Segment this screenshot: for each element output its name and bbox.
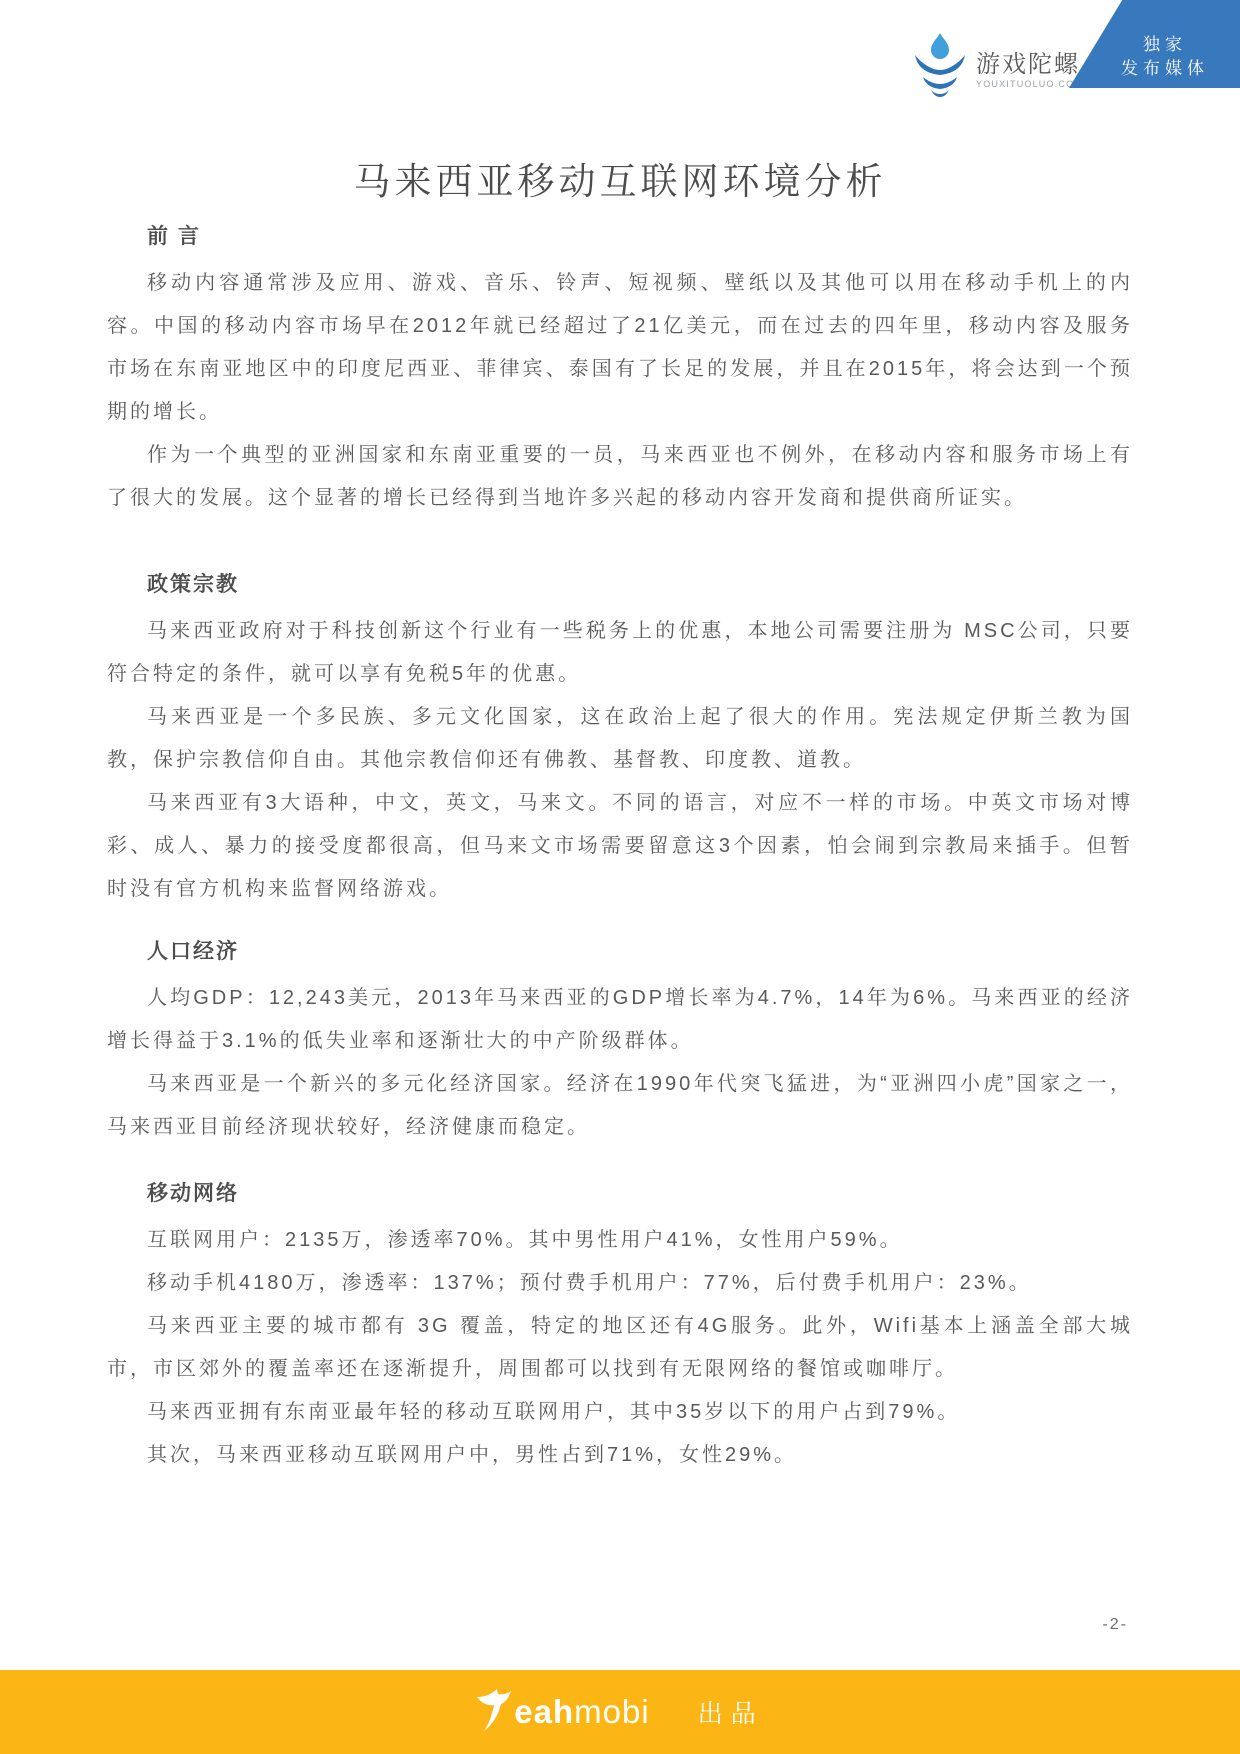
section-heading: 人口经济 — [147, 937, 1133, 967]
paragraph: 马来西亚主要的城市都有 3G 覆盖，特定的地区还有4G服务。此外，Wifi基本上… — [107, 1305, 1133, 1391]
badge-line-1: 独家 — [1143, 33, 1187, 57]
paragraph: 马来西亚是一个多民族、多元文化国家，这在政治上起了很大的作用。宪法规定伊斯兰教为… — [107, 696, 1133, 782]
section-heading: 前 言 — [147, 222, 1133, 252]
section-mobile-network: 移动网络 互联网用户：2135万，渗透率70%。其中男性用户41%，女性用户59… — [107, 1179, 1133, 1477]
logo-domain: YOUXITUOLUO.COM — [976, 78, 1083, 90]
section-heading: 移动网络 — [147, 1179, 1133, 1209]
paragraph: 马来西亚是一个新兴的多元化经济国家。经济在1990年代突飞猛进，为“亚洲四小虎”… — [107, 1063, 1133, 1149]
page-title: 马来西亚移动互联网环境分析 — [0, 158, 1240, 206]
paragraph: 作为一个典型的亚洲国家和东南亚重要的一员，马来西亚也不例外，在移动内容和服务市场… — [107, 434, 1133, 520]
brand-text-light: mobi — [574, 1693, 650, 1731]
paragraph: 马来西亚政府对于科技创新这个行业有一些税务上的优惠，本地公司需要注册为 MSC公… — [107, 610, 1133, 696]
paragraph: 移动手机4180万，渗透率：137%；预付费手机用户：77%，后付费手机用户：2… — [107, 1262, 1133, 1305]
paragraph: 马来西亚拥有东南亚最年轻的移动互联网用户，其中35岁以下的用户占到79%。 — [107, 1391, 1133, 1434]
paragraph: 互联网用户：2135万，渗透率70%。其中男性用户41%，女性用户59%。 — [107, 1219, 1133, 1262]
footer-bar: eahmobi 出品 — [0, 1670, 1240, 1754]
document-body: 前 言 移动内容通常涉及应用、游戏、音乐、铃声、短视频、壁纸以及其他可以用在移动… — [107, 210, 1133, 1477]
section-foreword: 前 言 移动内容通常涉及应用、游戏、音乐、铃声、短视频、壁纸以及其他可以用在移动… — [107, 222, 1133, 520]
yeahmobi-brand: eahmobi 出品 — [476, 1693, 763, 1731]
document-page: 游戏陀螺 YOUXITUOLUO.COM 独家 发布媒体 马来西亚移动互联网环境… — [0, 0, 1240, 1754]
yeahmobi-bird-y-icon — [476, 1689, 512, 1731]
brand-suffix: 出品 — [698, 1694, 764, 1730]
logo-name: 游戏陀螺 — [976, 52, 1083, 78]
section-policy-religion: 政策宗教 马来西亚政府对于科技创新这个行业有一些税务上的优惠，本地公司需要注册为… — [107, 570, 1133, 911]
paragraph: 其次，马来西亚移动互联网用户中，男性占到71%，女性29%。 — [107, 1434, 1133, 1477]
paragraph: 移动内容通常涉及应用、游戏、音乐、铃声、短视频、壁纸以及其他可以用在移动手机上的… — [107, 262, 1133, 434]
paragraph: 马来西亚有3大语种，中文，英文，马来文。不同的语言，对应不一样的市场。中英文市场… — [107, 782, 1133, 911]
paragraph: 人均GDP：12,243美元，2013年马来西亚的GDP增长率为4.7%，14年… — [107, 977, 1133, 1063]
brand-text-bold: eah — [514, 1693, 574, 1731]
badge-line-2: 发布媒体 — [1121, 57, 1209, 81]
youxituoluo-logo: 游戏陀螺 YOUXITUOLUO.COM — [913, 32, 1083, 98]
spinning-top-icon — [913, 32, 967, 98]
section-heading: 政策宗教 — [147, 570, 1133, 600]
section-population-economy: 人口经济 人均GDP：12,243美元，2013年马来西亚的GDP增长率为4.7… — [107, 937, 1133, 1149]
page-number: -2- — [1102, 1616, 1128, 1634]
